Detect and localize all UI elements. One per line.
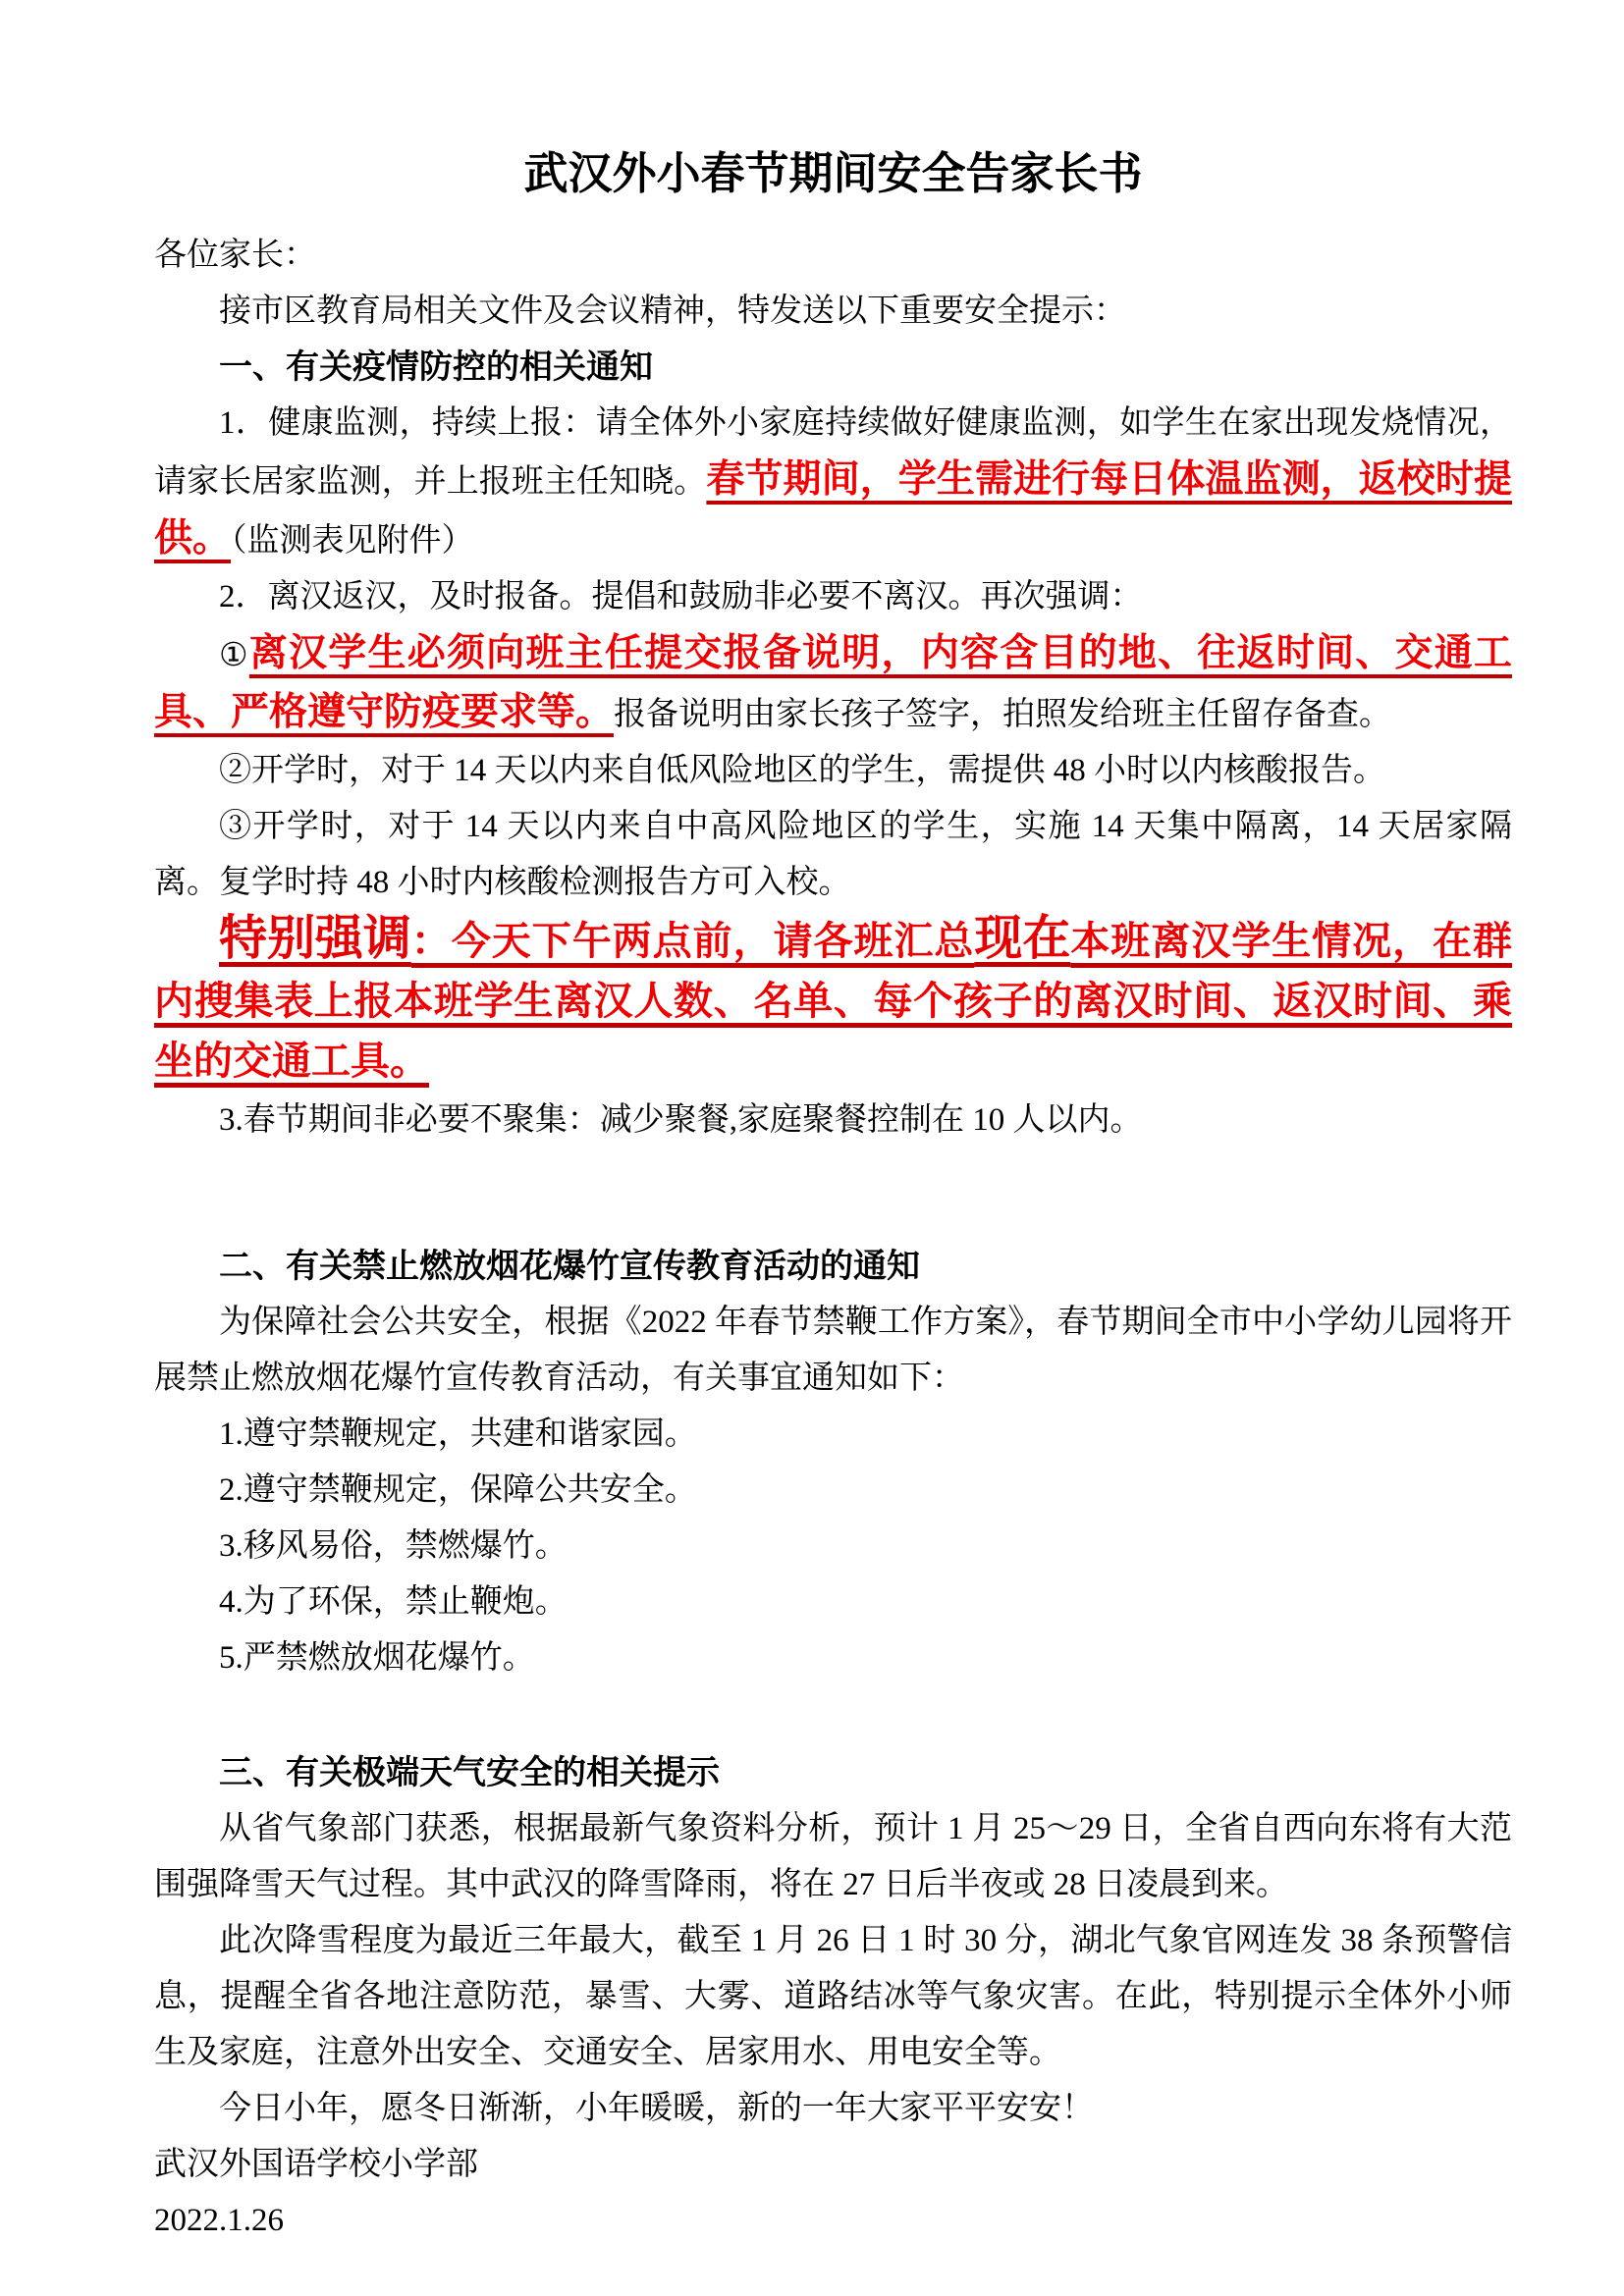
special-emphasis-label: 特别强调 (219, 912, 411, 965)
signature-organization: 武汉外国语学校小学部 (154, 2137, 1512, 2193)
circle1-marker: ① (219, 638, 249, 673)
firecracker-rule-4: 4.为了环保，禁止鞭炮。 (154, 1575, 1512, 1630)
section1-heading: 一、有关疫情防控的相关通知 (154, 340, 1512, 396)
no-gathering-paragraph: 3.春节期间非必要不聚集：减少聚餐,家庭聚餐控制在 10 人以内。 (154, 1093, 1512, 1148)
salutation: 各位家长： (154, 228, 1512, 284)
section2-heading: 二、有关禁止燃放烟花爆竹宣传教育活动的通知 (154, 1239, 1512, 1295)
leave-wuhan-report-paragraph: 2．离汉返汉，及时报备。提倡和鼓励非必要不离汉。再次强调： (154, 569, 1512, 625)
firecracker-rule-5: 5.严禁燃放烟花爆竹。 (154, 1630, 1512, 1686)
document-page: 武汉外小春节期间安全告家长书 各位家长： 接市区教育局相关文件及会议精神，特发送… (0, 0, 1624, 2296)
firecracker-ban-intro-paragraph: 为保障社会公共安全，根据《2022 年春节禁鞭工作方案》，春节期间全市中小学幼儿… (154, 1295, 1512, 1407)
high-risk-area-paragraph: ③开学时，对于 14 天以内来自中高风险地区的学生，实施 14 天集中隔离，14… (154, 799, 1512, 911)
signature-date: 2022.1.26 (154, 2193, 1512, 2249)
firecracker-rule-1: 1.遵守禁鞭规定，共建和谐家园。 (154, 1407, 1512, 1463)
intro-paragraph: 接市区教育局相关文件及会议精神，特发送以下重要安全提示： (154, 284, 1512, 340)
monitoring-form-note: （监测表见附件） (231, 523, 474, 559)
low-risk-area-paragraph: ②开学时，对于 14 天以内来自低风险地区的学生，需提供 48 小时以内核酸报告… (154, 743, 1512, 799)
firecracker-rule-3: 3.移风易俗，禁燃爆竹。 (154, 1519, 1512, 1575)
snow-warning-paragraph: 此次降雪程度为最近三年最大，截至 1 月 26 日 1 时 30 分，湖北气象官… (154, 1913, 1512, 2081)
special-emphasis-text-1: ：今天下午两点前，请各班汇总 (411, 919, 975, 963)
snow-forecast-paragraph: 从省气象部门获悉，根据最新气象资料分析，预计 1 月 25～29 日，全省自西向… (154, 1801, 1512, 1913)
document-title: 武汉外小春节期间安全告家长书 (154, 145, 1512, 202)
special-emphasis-paragraph: 特别强调：今天下午两点前，请各班汇总现在本班离汉学生情况，在群内搜集表上报本班学… (154, 911, 1512, 1093)
report-signature-text: 报备说明由家长孩子签字，拍照发给班主任留存备查。 (614, 697, 1391, 732)
now-emphasis-word: 现在 (974, 912, 1070, 965)
closing-wishes-paragraph: 今日小年，愿冬日渐渐，小年暖暖，新的一年大家平平安安！ (154, 2081, 1512, 2137)
health-monitoring-paragraph: 1．健康监测，持续上报：请全体外小家庭持续做好健康监测，如学生在家出现发烧情况，… (154, 396, 1512, 569)
firecracker-rule-2: 2.遵守禁鞭规定，保障公共安全。 (154, 1463, 1512, 1519)
section3-heading: 三、有关极端天气安全的相关提示 (154, 1745, 1512, 1801)
report-requirement-paragraph: ①离汉学生必须向班主任提交报备说明，内容含目的地、往返时间、交通工具、严格遵守防… (154, 625, 1512, 743)
